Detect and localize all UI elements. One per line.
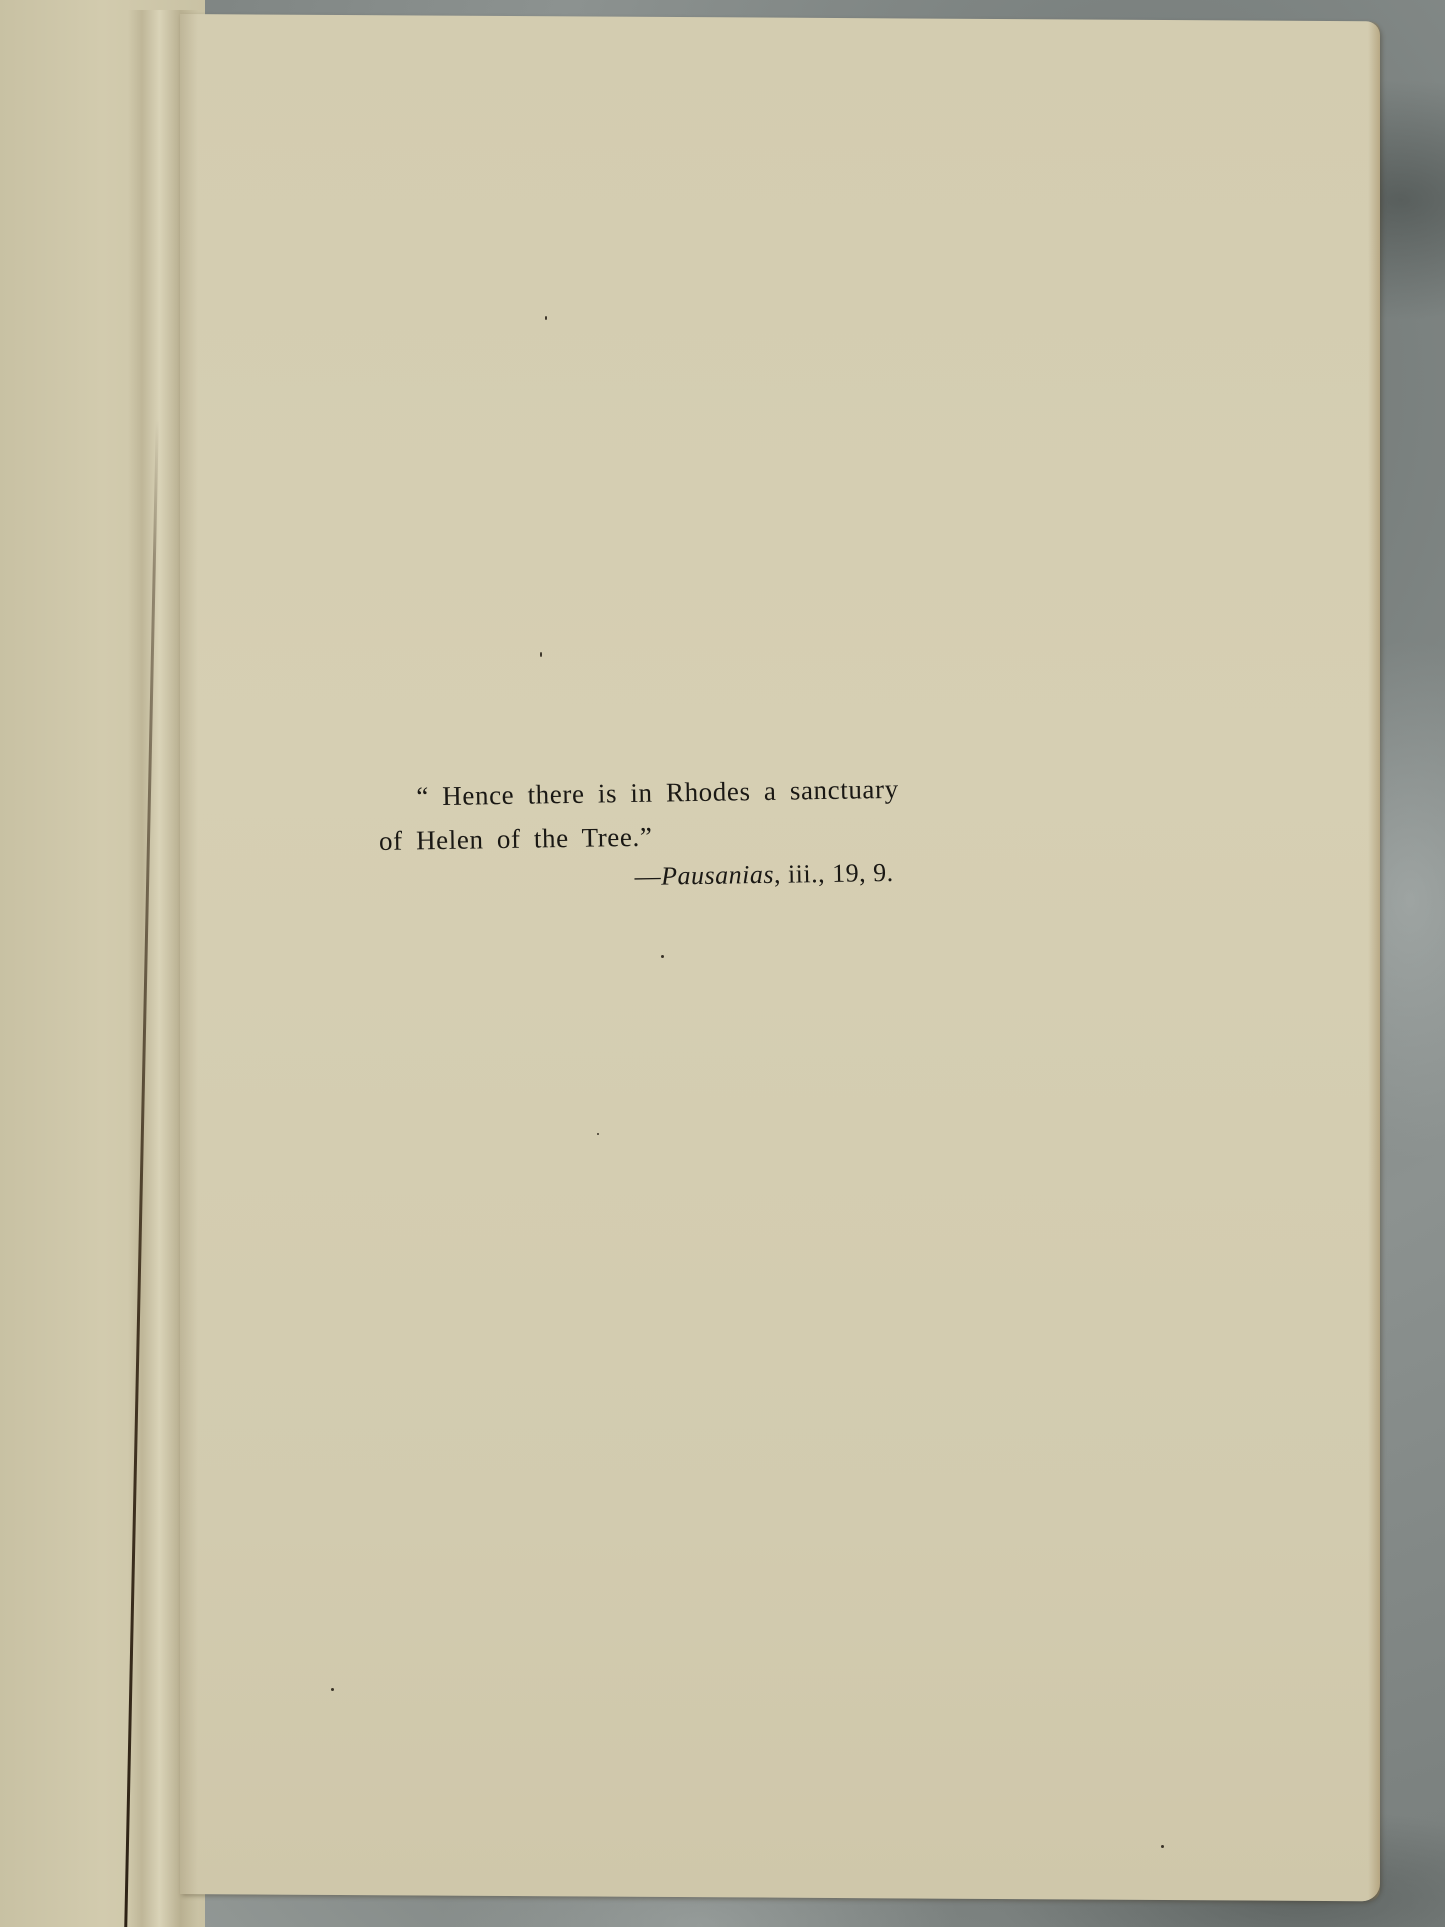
paper-speck [661,955,664,958]
paper-speck [540,652,542,657]
page-fore-edge [1368,21,1380,1901]
book-gutter [128,10,198,1927]
attribution-reference: , iii., 19, 9. [774,858,894,889]
paper-speck [545,316,547,320]
attribution-dash: — [634,862,661,891]
paper-speck [1161,1845,1164,1848]
right-page [180,14,1380,1901]
attribution-author: Pausanias [661,860,774,891]
paper-speck [597,1133,599,1135]
paper-speck [331,1688,334,1691]
epigraph: “ Hence there is in Rhodes a sanctuary o… [378,765,1020,899]
